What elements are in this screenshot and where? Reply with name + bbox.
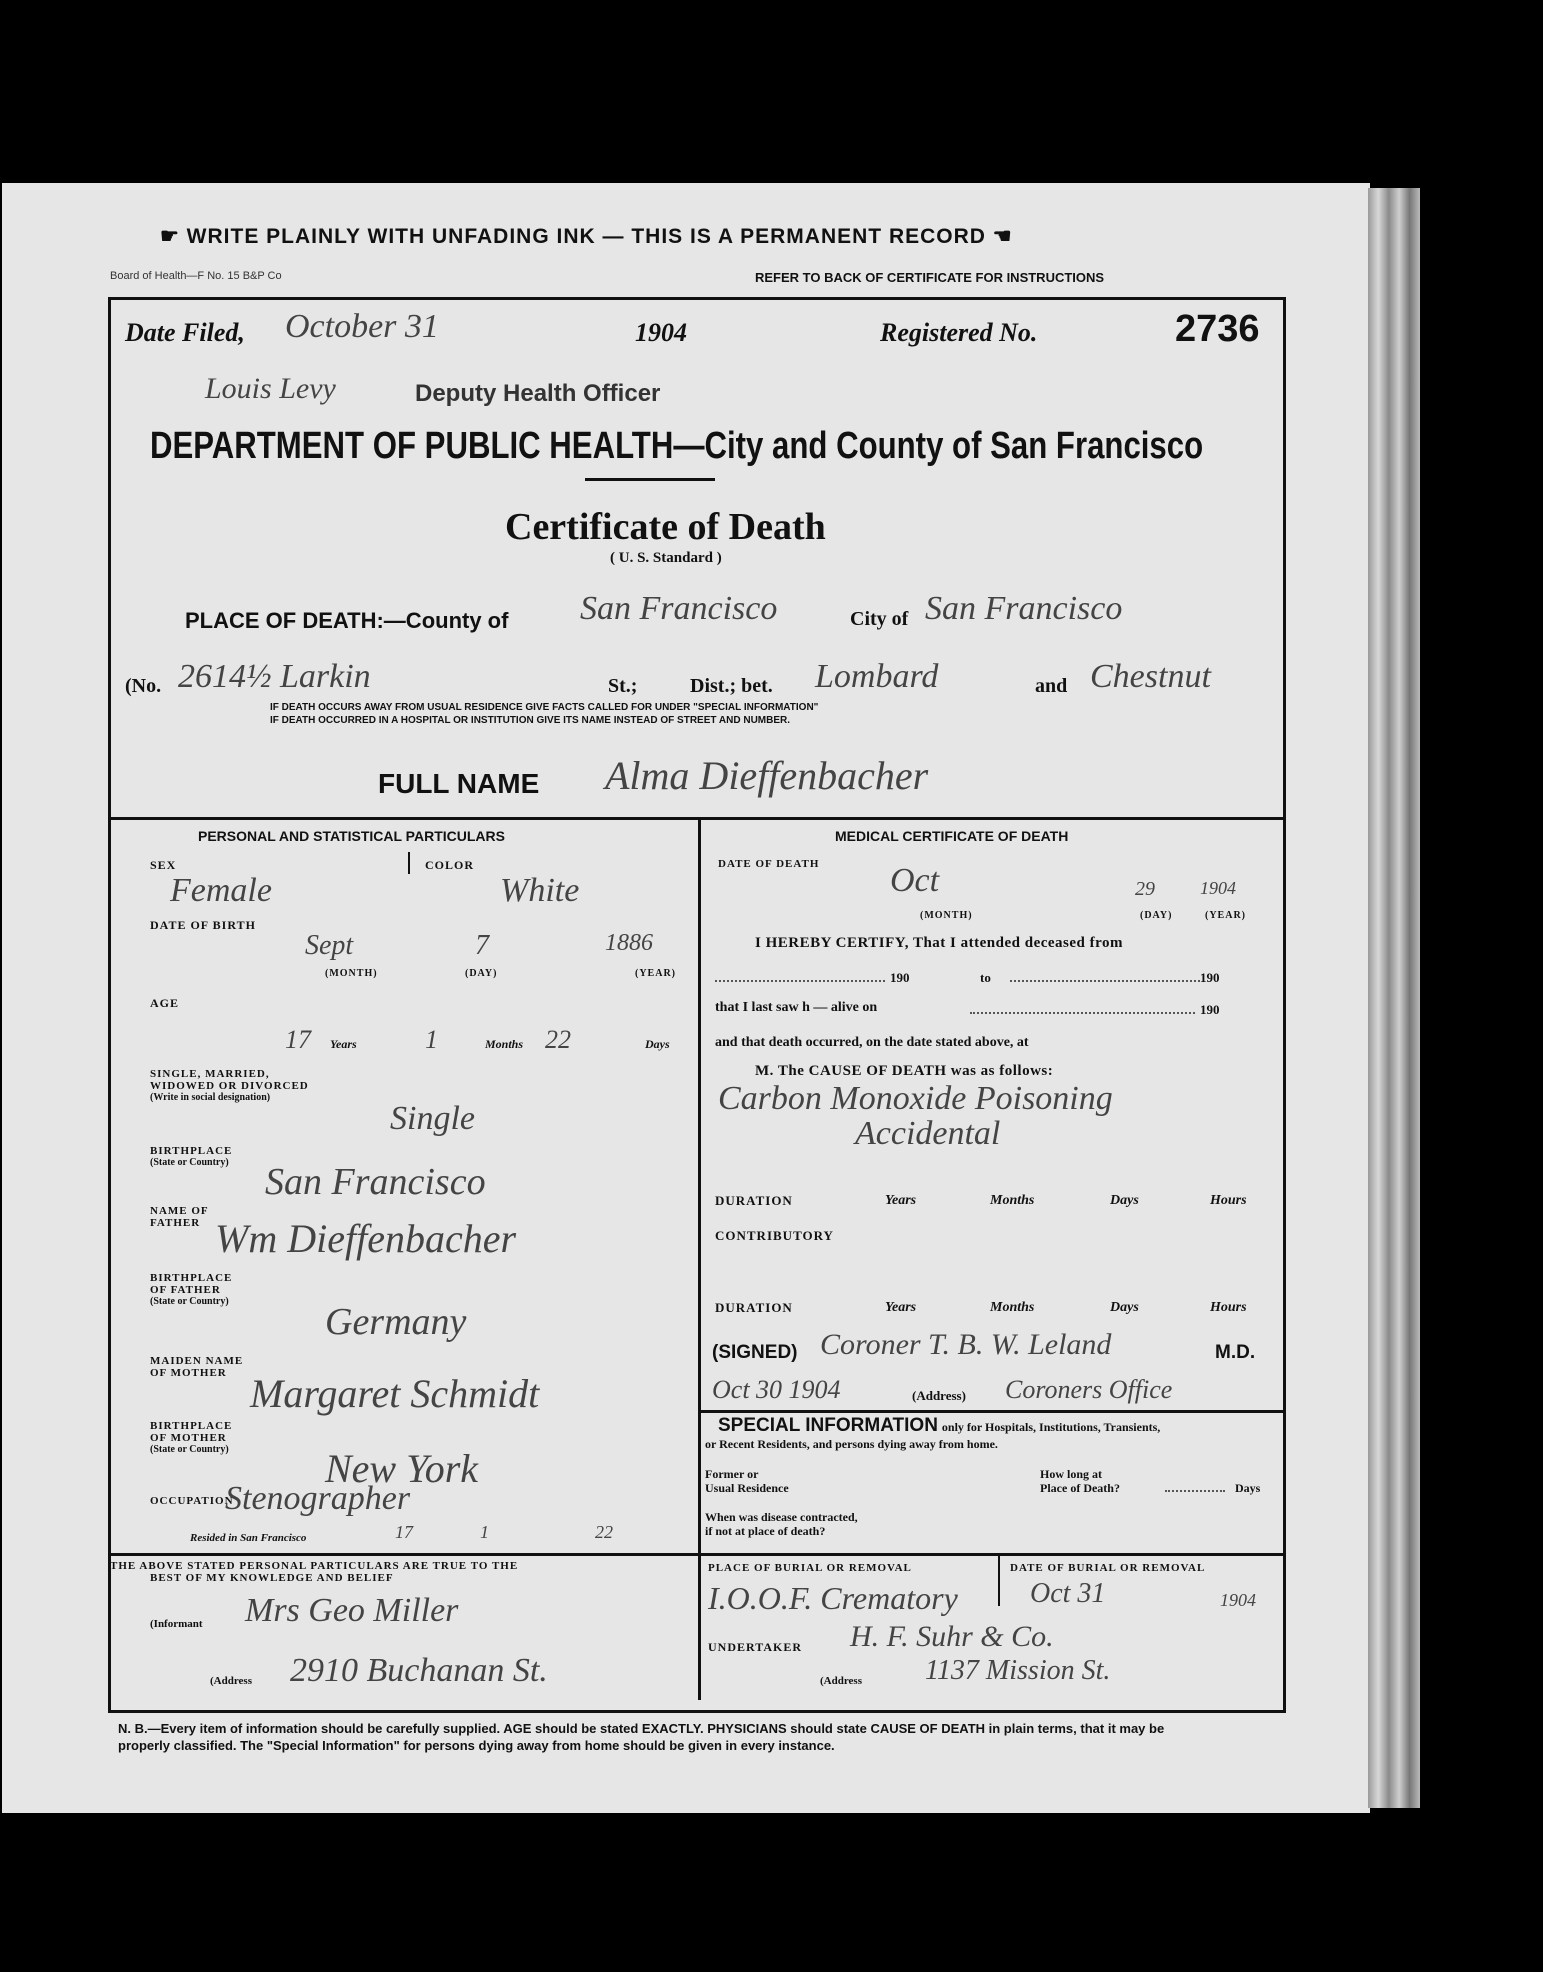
burial-divider <box>698 1553 1283 1556</box>
officer-signature: Louis Levy <box>205 372 336 406</box>
mother-birthplace-sub: (State or Country) <box>150 1444 229 1455</box>
special-divider <box>698 1410 1283 1413</box>
day-caption: (Day) <box>465 968 497 979</box>
pointing-hand-icon: ☛ <box>160 225 187 248</box>
special-heading-row: SPECIAL INFORMATION only for Hospitals, … <box>718 1415 1160 1437</box>
informant-address-label: (Address <box>210 1675 252 1687</box>
resided-years: 17 <box>395 1522 413 1543</box>
section-divider <box>108 817 1283 820</box>
full-name-label: FULL NAME <box>378 768 539 800</box>
form-id: Board of Health—F No. 15 B&P Co <box>110 270 282 282</box>
dod-month-caption: (Month) <box>920 910 973 921</box>
former-residence-label: Former or <box>705 1467 758 1482</box>
contributory-label: CONTRIBUTORY <box>715 1228 834 1244</box>
dod-year-caption: (Year) <box>1205 910 1246 921</box>
dod-day: 29 <box>1135 878 1155 901</box>
alive-on-label: alive on <box>831 1000 877 1015</box>
burial-date-label: DATE of BURIAL or REMOVAL <box>1010 1562 1205 1574</box>
dob-label: DATE OF BIRTH <box>150 918 256 933</box>
father-label-2: FATHER <box>150 1217 200 1229</box>
informant-label: (Informant <box>150 1618 203 1630</box>
to-label: to <box>980 970 991 986</box>
refer-instructions: REFER TO BACK OF CERTIFICATE FOR INSTRUC… <box>755 270 1104 285</box>
to-line <box>1010 980 1200 982</box>
filed-year: 1904 <box>635 318 687 348</box>
street-no-label: (No. <box>125 675 161 698</box>
last-saw-text: that I last saw h — alive on <box>715 1000 877 1016</box>
officer-title: Deputy Health Officer <box>415 380 660 408</box>
birthplace-label: BIRTHPLACE <box>150 1145 232 1157</box>
age-years: 17 <box>285 1025 311 1055</box>
how-long-line <box>1165 1490 1225 1492</box>
city-label: City of <box>850 608 908 631</box>
district-label: Dist.; bet. <box>690 675 773 698</box>
permanent-record-banner: ☛ WRITE PLAINLY WITH UNFADING INK — THIS… <box>160 224 1013 249</box>
duration-months: Months <box>990 1193 1034 1209</box>
book-spine <box>1368 188 1420 1808</box>
burial-year: 1904 <box>1220 1590 1256 1611</box>
banner-text: WRITE PLAINLY WITH UNFADING INK — THIS I… <box>187 225 986 248</box>
father-birthplace: Germany <box>325 1300 466 1344</box>
between-street-1: Lombard <box>815 658 938 696</box>
between-street-2: Chestnut <box>1090 658 1211 696</box>
us-standard: ( U. S. Standard ) <box>610 550 722 567</box>
father-label: NAME OF <box>150 1205 209 1217</box>
cause-line-1: Carbon Monoxide Poisoning <box>718 1080 1113 1118</box>
cause-label: M. The CAUSE OF DEATH was as follows: <box>755 1063 1053 1080</box>
street-address: 2614½ Larkin <box>178 658 371 696</box>
date-filed-value: October 31 <box>285 308 439 346</box>
registered-number: 2736 <box>1175 308 1260 351</box>
special-heading-sub: only for Hospitals, Institutions, Transi… <box>942 1420 1160 1434</box>
dod-month: Oct <box>890 862 939 900</box>
informant-address: 2910 Buchanan St. <box>290 1652 548 1690</box>
date-filed-label: Date Filed, <box>125 318 245 348</box>
father-name: Wm Dieffenbacher <box>215 1215 516 1262</box>
contributory-hours: Hours <box>1210 1300 1247 1316</box>
age-days: 22 <box>545 1025 571 1055</box>
certify-text: I HEREBY CERTIFY, That I attended deceas… <box>755 935 1123 952</box>
undertaker-value: H. F. Suhr & Co. <box>850 1620 1054 1654</box>
registered-label: Registered No. <box>880 318 1037 348</box>
marital-label-3: (Write in social designation) <box>150 1092 270 1103</box>
place-note-1: IF DEATH OCCURS AWAY FROM USUAL RESIDENC… <box>270 702 818 713</box>
signed-date: Oct 30 1904 <box>712 1375 841 1405</box>
dod-label: DATE OF DEATH <box>718 858 819 870</box>
father-birthplace-sub: (State or Country) <box>150 1296 229 1307</box>
resided-label: Resided in San Francisco <box>190 1532 306 1544</box>
cause-line-2: Accidental <box>855 1115 1000 1153</box>
personal-heading: PERSONAL AND STATISTICAL PARTICULARS <box>198 828 505 844</box>
full-name-value: Alma Dieffenbacher <box>605 752 928 799</box>
dob-day: 7 <box>475 930 489 962</box>
from-line <box>715 980 885 982</box>
footer-note: N. B.—Every item of information should b… <box>118 1720 1198 1754</box>
former-residence-label-2: Usual Residence <box>705 1481 789 1496</box>
md-label: M.D. <box>1215 1342 1255 1364</box>
contributory-duration-label: DURATION <box>715 1300 793 1316</box>
to-year: 190 <box>1200 970 1220 986</box>
column-divider <box>698 820 701 1700</box>
sex-color-divider <box>408 852 410 874</box>
signed-label: (SIGNED) <box>712 1342 798 1364</box>
contributory-months: Months <box>990 1300 1034 1316</box>
age-months: 1 <box>425 1025 438 1055</box>
occupation-value: Stenographer <box>225 1480 410 1518</box>
sex-label: SEX <box>150 858 176 873</box>
burial-place-label: PLACE OF BURIAL OR REMOVAL <box>708 1562 912 1574</box>
department-title: DEPARTMENT OF PUBLIC HEALTH—City and Cou… <box>150 425 1203 468</box>
attest-line-1: THE ABOVE STATED PERSONAL PARTICULARS AR… <box>110 1560 518 1572</box>
and-label: and <box>1035 675 1067 698</box>
how-long-label-2: Place of Death? <box>1040 1481 1120 1496</box>
alive-year: 190 <box>1200 1002 1220 1018</box>
mother-label-2: OF MOTHER <box>150 1367 227 1379</box>
medical-heading: MEDICAL CERTIFICATE OF DEATH <box>835 828 1068 844</box>
attest-line-2: BEST OF MY KNOWLEDGE AND BELIEF <box>150 1572 394 1584</box>
duration-hours: Hours <box>1210 1193 1247 1209</box>
month-caption: (Month) <box>325 968 378 979</box>
when-contracted-label: When was disease contracted, <box>705 1510 858 1525</box>
mother-name: Margaret Schmidt <box>250 1370 539 1417</box>
pointing-hand-icon: ☚ <box>986 225 1013 248</box>
death-occurred-text: and that death occurred, on the date sta… <box>715 1035 1029 1051</box>
mother-birthplace-label: BIRTHPLACE <box>150 1420 232 1432</box>
age-days-label: Days <box>645 1037 670 1052</box>
special-heading: SPECIAL INFORMATION <box>718 1415 938 1436</box>
how-long-label: How long at <box>1040 1467 1102 1482</box>
resided-months: 1 <box>480 1522 489 1543</box>
contributory-days: Days <box>1110 1300 1139 1316</box>
signer-address-label: (Address) <box>912 1388 966 1404</box>
marital-label: SINGLE, MARRIED, <box>150 1068 270 1080</box>
signer-address: Coroners Office <box>1005 1375 1172 1405</box>
duration-days: Days <box>1110 1193 1139 1209</box>
color-label: COLOR <box>425 858 474 873</box>
dod-day-caption: (Day) <box>1140 910 1172 921</box>
age-years-label: Years <box>330 1037 357 1052</box>
undertaker-address-label: (Address <box>820 1675 862 1687</box>
marital-label-2: WIDOWED OR DIVORCED <box>150 1080 309 1092</box>
street-label: St.; <box>608 675 637 698</box>
undertaker-label: UNDERTAKER <box>708 1640 802 1655</box>
birthplace-sub: (State or Country) <box>150 1157 229 1168</box>
dod-year: 1904 <box>1200 878 1236 899</box>
duration-years: Years <box>885 1193 916 1209</box>
when-contracted-label-2: if not at place of death? <box>705 1524 825 1539</box>
county-value: San Francisco <box>580 590 777 628</box>
from-year: 190 <box>890 970 910 986</box>
birthplace-value: San Francisco <box>265 1160 486 1204</box>
dob-month: Sept <box>305 930 353 962</box>
certificate-title: Certificate of Death <box>505 505 826 549</box>
undertaker-address: 1137 Mission St. <box>925 1655 1110 1687</box>
informant-divider <box>108 1553 700 1556</box>
dob-year: 1886 <box>605 930 653 957</box>
city-value: San Francisco <box>925 590 1122 628</box>
place-of-death-label: PLACE OF DEATH:—County of <box>185 608 508 634</box>
last-saw-label: that I last saw h <box>715 1000 810 1015</box>
sex-value: Female <box>170 872 272 910</box>
burial-divider-v <box>998 1556 1000 1606</box>
burial-place: I.O.O.F. Crematory <box>708 1580 958 1617</box>
burial-date: Oct 31 <box>1030 1578 1105 1610</box>
place-note-2: IF DEATH OCCURRED IN A HOSPITAL OR INSTI… <box>270 715 790 726</box>
resided-days: 22 <box>595 1522 613 1543</box>
special-heading-sub-2: or Recent Residents, and persons dying a… <box>705 1437 998 1452</box>
age-label: AGE <box>150 996 179 1011</box>
year-caption: (Year) <box>635 968 676 979</box>
title-underline <box>585 478 715 481</box>
father-birthplace-label: BIRTHPLACE <box>150 1272 232 1284</box>
marital-value: Single <box>390 1100 475 1138</box>
occupation-label: OCCUPATION <box>150 1495 234 1507</box>
color-value: White <box>500 872 579 910</box>
signature: Coroner T. B. W. Leland <box>820 1328 1111 1362</box>
father-birthplace-label-2: OF FATHER <box>150 1284 221 1296</box>
age-months-label: Months <box>485 1037 523 1052</box>
mother-birthplace-label-2: OF MOTHER <box>150 1432 227 1444</box>
mother-label: MAIDEN NAME <box>150 1355 243 1367</box>
duration-label: DURATION <box>715 1193 793 1209</box>
contributory-years: Years <box>885 1300 916 1316</box>
alive-line <box>970 1012 1195 1014</box>
how-long-days: Days <box>1235 1481 1260 1496</box>
informant-value: Mrs Geo Miller <box>245 1592 458 1630</box>
